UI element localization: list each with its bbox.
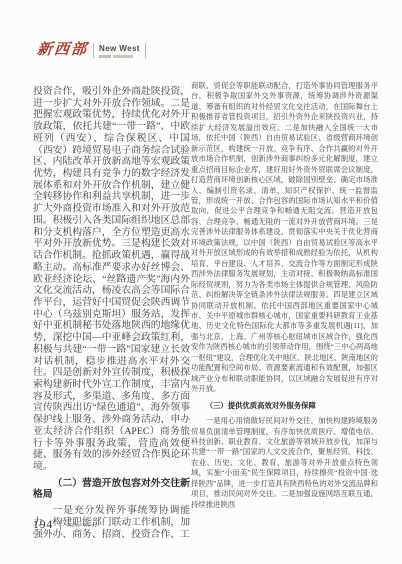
page-number: 194 <box>33 519 53 531</box>
logo-en-wordmark: New West <box>99 44 140 53</box>
section-heading-3: （三）提供优质高效对外服务保障 <box>191 401 378 411</box>
magazine-page: 新西部 New West 投资合作，吸引外企外商赴陕投资，进一步扩大对外开放合作… <box>0 0 402 564</box>
right-column: 商联、贸促会等职能联动配合，打造外事协同管理服务平台，积极争取国家外交外事资源，… <box>191 81 378 510</box>
logo-cn-wordmark: 新西部 <box>36 43 89 58</box>
section-heading-2: （二）营造开放包容对外交往新格局 <box>33 478 190 501</box>
left-paragraph-continued: 投资合作，吸引外企外商赴陕投资，进一步扩大对外开放合作领域。二是把握宏观政策优势… <box>33 86 190 473</box>
footer-divider <box>60 520 61 530</box>
logo: 新西部 New West <box>37 43 151 58</box>
footer-brand: New West <box>67 522 97 529</box>
right-paragraph-new: 一是用心用情做好民间对外交往。加快构建跨境服务贸易负面清单管理制度，有序加快优质… <box>191 416 378 510</box>
left-column: 投资合作，吸引外企外商赴陕投资，进一步扩大对外开放合作领域。二是把握宏观政策优势… <box>33 86 190 540</box>
right-paragraph-continued: 商联、贸促会等职能联动配合，打造外事协同管理服务平台，积极争取国家外交外事资源，… <box>191 81 378 395</box>
page-footer: 194 New West <box>33 519 97 531</box>
logo-en-block: New West <box>99 44 140 58</box>
logo-divider <box>93 43 94 58</box>
logo-divider-right <box>145 43 146 58</box>
logo-tagline-smudge <box>99 55 133 58</box>
